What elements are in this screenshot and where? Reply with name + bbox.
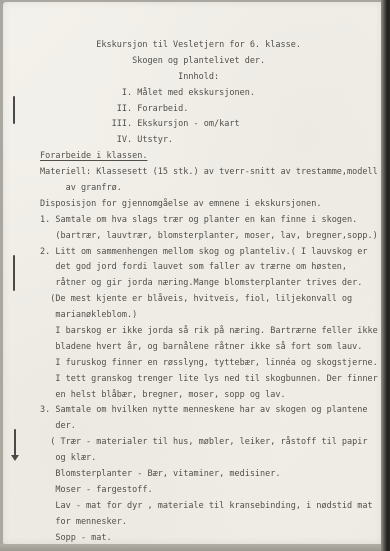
text-line: Lav - mat for dyr , materiale til kranse… (40, 499, 380, 515)
text-line: I barskog er ikke jorda så rik på næring… (40, 324, 380, 340)
contents-item-1: I. Målet med ekskursjonen. (40, 86, 380, 102)
text-line: I tett granskog trenger lite lys ned til… (40, 372, 380, 388)
text-line: (bartrær, lauvtrær, blomsterplanter, mos… (40, 229, 380, 245)
typewritten-text-block: Ekskursjon til Vesletjern for 6. klasse.… (40, 38, 380, 547)
text-line: ( Trær - materialer til hus, møbler, lei… (40, 435, 380, 451)
margin-pen-mark-icon (13, 96, 15, 124)
text-line: det god jord fordi lauvet som faller av … (40, 260, 380, 276)
document-subtitle: Skogen og plantelivet der. (40, 54, 380, 70)
text-line: 3. Samtale om hvilken nytte menneskene h… (40, 403, 380, 419)
contents-item-3: III. Ekskursjon - om/kart (40, 117, 380, 133)
text-line: 1. Samtale om hva slags trær og planter … (40, 213, 380, 229)
margin-arrow-icon (11, 455, 19, 461)
text-line: Disposisjon for gjennomgåelse av emnene … (40, 197, 380, 213)
text-line: for mennesker. (40, 515, 380, 531)
contents-heading: Innhold: (40, 70, 380, 86)
text-line: Moser - fargestoff. (40, 483, 380, 499)
margin-pen-mark-icon (13, 255, 15, 291)
text-line: 2. Litt om sammenhengen mellom skog og p… (40, 245, 380, 261)
text-line: råtner og gir jorda næring.Mange blomste… (40, 276, 380, 292)
scan-edge-bottom (0, 544, 383, 551)
scan-edge-right (381, 0, 390, 551)
document-title: Ekskursjon til Vesletjern for 6. klasse. (40, 38, 380, 54)
section-heading: Forarbeide i klassen. (40, 149, 380, 165)
text-line: bladene hvert år, og barnålene råtner ik… (40, 340, 380, 356)
text-line: Blomsterplanter - Bær, vitaminer, medisi… (40, 467, 380, 483)
margin-pen-mark-icon (14, 429, 16, 456)
text-line: marianøkleblom.) (40, 308, 380, 324)
text-line: der. (40, 419, 380, 435)
text-line: en helst blåbær, bregner, moser, sopp og… (40, 388, 380, 404)
text-line: Materiell: Klassesett (15 stk.) av tverr… (40, 165, 380, 181)
text-line: av granfrø. (40, 181, 380, 197)
text-line: og klær. (40, 451, 380, 467)
contents-item-4: IV. Utstyr. (40, 133, 380, 149)
text-line: I furuskog finner en røsslyng, tyttebær,… (40, 356, 380, 372)
scanned-document-page: Ekskursjon til Vesletjern for 6. klasse.… (3, 2, 382, 544)
contents-item-2: II. Forarbeid. (40, 102, 380, 118)
text-line: (De mest kjente er blåveis, hvitveis, fi… (40, 292, 380, 308)
